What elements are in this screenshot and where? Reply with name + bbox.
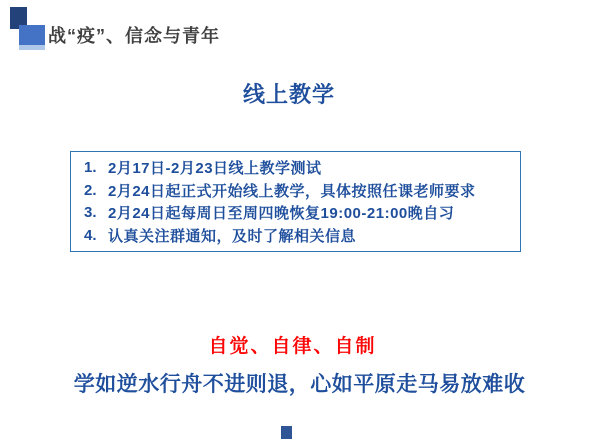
notice-item-text: 2月24日起正式开始线上教学，具体按照任课老师要求: [108, 180, 476, 201]
notice-item: 1. 2月17日-2月23日线上教学测试: [84, 157, 514, 178]
logo-square-light-icon: [19, 25, 45, 50]
notice-item: 4. 认真关注群通知，及时了解相关信息: [84, 225, 514, 246]
notice-item: 3. 2月24日起每周日至周四晚恢复19:00-21:00晚自习: [84, 202, 514, 223]
section-heading: 线上教学: [0, 78, 578, 109]
notice-item: 2. 2月24日起正式开始线上教学，具体按照任课老师要求: [84, 180, 514, 201]
notice-item-text: 2月17日-2月23日线上教学测试: [108, 157, 322, 178]
presentation-slide: 战“疫”、信念与青年 线上教学 1. 2月17日-2月23日线上教学测试 2. …: [0, 0, 599, 448]
notice-item-text: 2月24日起每周日至周四晚恢复19:00-21:00晚自习: [108, 202, 454, 223]
notice-item-number: 1.: [84, 159, 108, 176]
notice-box: 1. 2月17日-2月23日线上教学测试 2. 2月24日起正式开始线上教学，具…: [70, 151, 521, 252]
slogan-blue: 学如逆水行舟不进则退，心如平原走马易放难收: [0, 368, 599, 398]
footer-square-icon: [281, 426, 292, 439]
notice-item-number: 3.: [84, 204, 108, 221]
slide-header-title: 战“疫”、信念与青年: [48, 22, 220, 48]
notice-item-number: 2.: [84, 182, 108, 199]
notice-item-number: 4.: [84, 227, 108, 244]
notice-item-text: 认真关注群通知，及时了解相关信息: [108, 225, 356, 246]
slogan-red: 自觉、自律、自制: [0, 331, 585, 358]
